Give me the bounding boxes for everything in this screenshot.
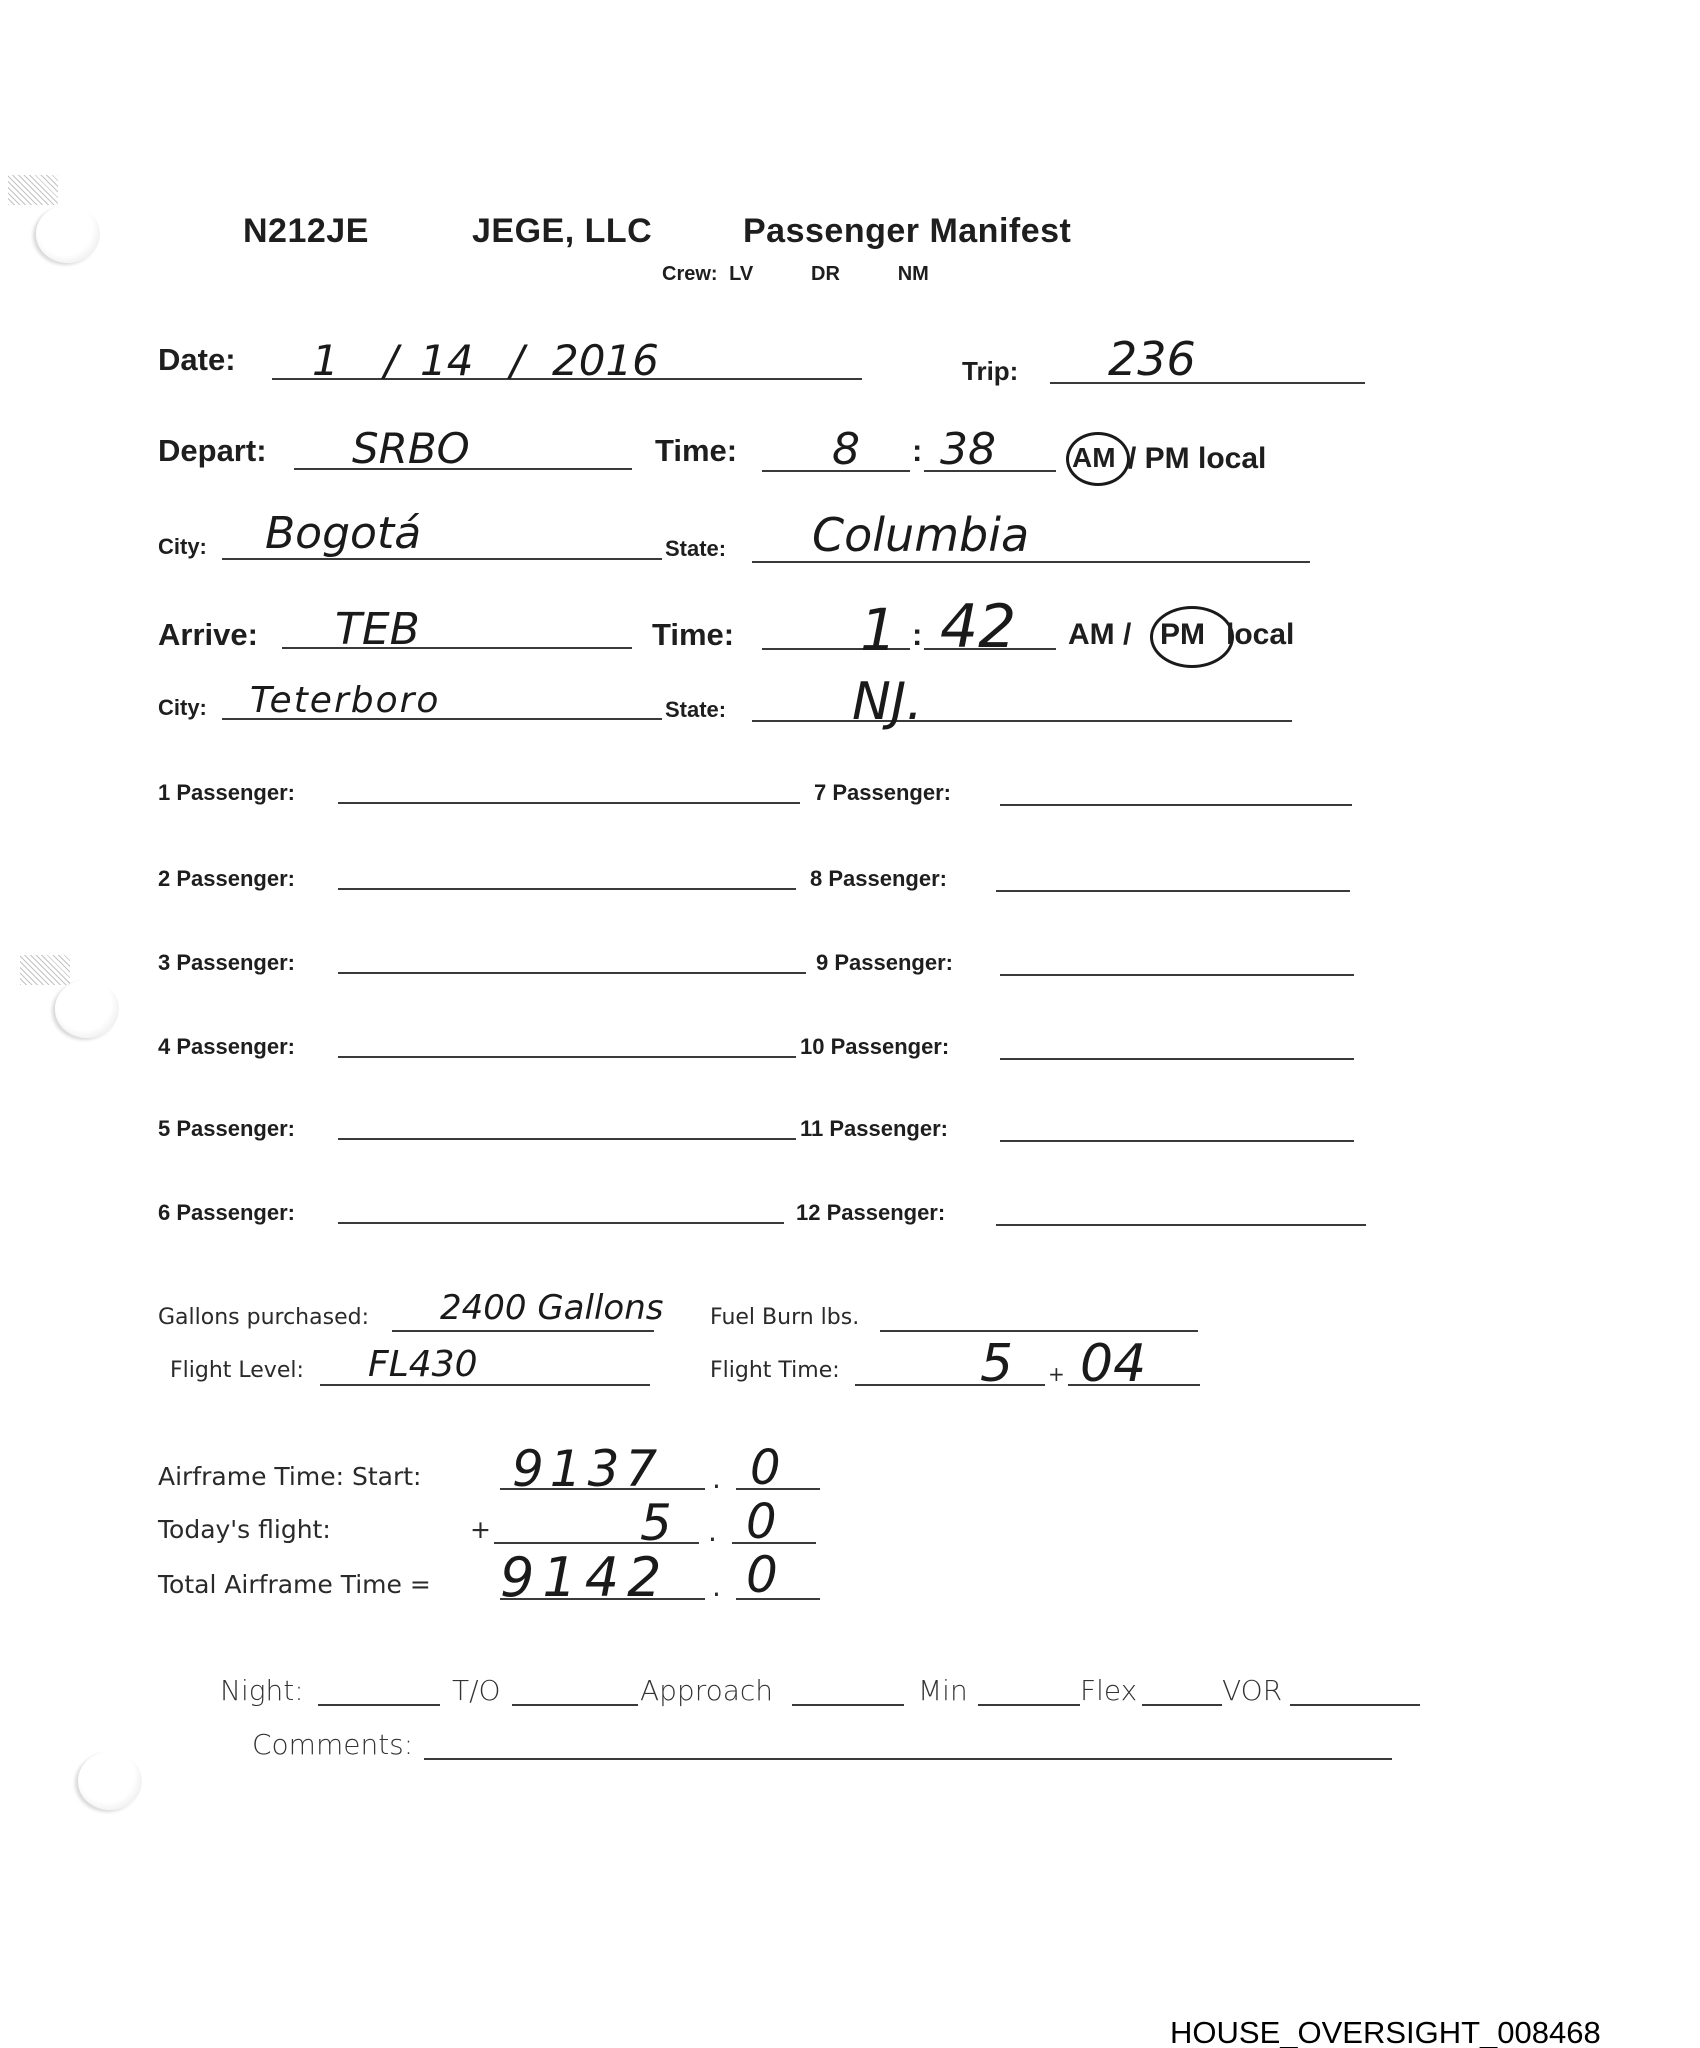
arrive-state-label: State: [665,697,726,723]
date-label: Date: [158,342,236,378]
todays-flight-label: Today's flight: [158,1515,331,1544]
time-colon: : [912,433,922,469]
hole-punch [78,1752,142,1810]
plus-sign: + [470,1515,491,1544]
depart-label: Depart: [158,433,267,469]
depart-value: SRBO [352,424,470,473]
arrive-label: Arrive: [158,617,258,653]
arrive-value: TEB [335,604,420,655]
arrive-state-line[interactable] [752,720,1292,722]
fuel-burn-field-line[interactable] [880,1330,1198,1332]
total-airframe-label: Total Airframe Time = [158,1570,431,1599]
arrive-city-label: City: [158,695,207,721]
night-field-line[interactable] [318,1704,440,1706]
passenger-label: 1 Passenger: [158,780,295,806]
passenger-label: 11 Passenger: [800,1116,948,1142]
total-airframe-whole: 9142 [500,1546,669,1609]
crew-label: Crew: [662,263,718,285]
passenger-label: 4 Passenger: [158,1034,295,1060]
fuel-burn-label: Fuel Burn lbs. [710,1305,859,1330]
vor-label: VOR [1222,1674,1282,1707]
date-month: 1 [312,336,339,385]
decimal-point: . [708,1515,717,1548]
passenger-1-field[interactable] [338,802,800,804]
depart-time-hour: 8 [832,424,860,475]
approach-label: Approach [640,1674,773,1707]
approach-field-line[interactable] [792,1704,904,1706]
min-field-line[interactable] [978,1704,1080,1706]
company-name: JEGE, LLC [472,212,652,251]
passenger-label: 8 Passenger: [810,866,947,892]
to-label: T/O [452,1674,501,1707]
passenger-label: 6 Passenger: [158,1200,295,1226]
date-slash: / [510,336,524,385]
todays-flight-decimal: 0 [746,1494,777,1550]
passenger-label: 2 Passenger: [158,866,295,892]
total-airframe-decimal: 0 [746,1546,778,1604]
arrive-ampm-local: local [1226,618,1294,652]
gallons-purchased-label: Gallons purchased: [158,1305,369,1330]
passenger-label: 12 Passenger: [796,1200,945,1226]
flex-field-line[interactable] [1142,1704,1222,1706]
airframe-start-decimal: 0 [750,1440,781,1496]
arrive-time-label: Time: [652,617,734,653]
passenger-2-field[interactable] [338,888,796,890]
passenger-label: 9 Passenger: [816,950,953,976]
tail-number: N212JE [243,212,369,251]
arrive-ampm-pm[interactable]: PM [1160,618,1205,652]
form-title: Passenger Manifest [743,212,1071,251]
arrive-state-value: NJ. [852,672,923,732]
arrive-time-hour: 1 [860,596,897,664]
airframe-start-label: Airframe Time: Start: [158,1462,421,1491]
depart-state-value: Columbia [812,508,1029,562]
depart-city-label: City: [158,534,207,560]
passenger-label: 7 Passenger: [814,780,951,806]
comments-label: Comments: [252,1728,413,1761]
flight-level-label: Flight Level: [170,1358,304,1383]
trip-value: 236 [1108,332,1196,386]
passenger-3-field[interactable] [338,972,806,974]
depart-time-label: Time: [655,433,737,469]
depart-ampm-am[interactable]: AM [1072,442,1116,474]
hole-punch-smudge [20,955,70,985]
depart-ampm-pm-local[interactable]: / PM local [1128,442,1266,476]
todays-flight-whole: 5 [640,1494,672,1552]
trip-label: Trip: [962,356,1018,387]
hole-punch [55,980,119,1038]
gallons-field-line[interactable] [392,1330,654,1332]
flight-time-hours-line[interactable] [855,1384,1045,1386]
hole-punch-smudge [8,175,58,205]
arrive-ampm-am[interactable]: AM / [1068,618,1131,652]
min-label: Min [918,1674,968,1707]
passenger-4-field[interactable] [338,1056,796,1058]
bates-number: HOUSE_OVERSIGHT_008468 [1170,2015,1601,2048]
passenger-label: 3 Passenger: [158,950,295,976]
flight-time-sep: + [1048,1362,1065,1386]
night-label: Night: [220,1674,304,1707]
decimal-point: . [712,1462,721,1495]
vor-field-line[interactable] [1290,1704,1420,1706]
passenger-12-field[interactable] [996,1224,1366,1226]
passenger-5-field[interactable] [338,1138,796,1140]
flight-time-minutes: 04 [1080,1334,1146,1394]
passenger-8-field[interactable] [996,890,1350,892]
depart-state-label: State: [665,536,726,562]
passenger-10-field[interactable] [1000,1058,1354,1060]
flight-level-value: FL430 [368,1344,477,1385]
arrive-time-min: 42 [940,592,1016,662]
date-slash: / [384,336,398,385]
trip-field-line[interactable] [1050,382,1365,384]
comments-field-line[interactable] [424,1758,1392,1760]
crew-member: DR [811,263,840,285]
passenger-label: 10 Passenger: [800,1034,949,1060]
passenger-label: 5 Passenger: [158,1116,295,1142]
flex-label: Flex [1080,1674,1137,1707]
date-day: 14 [420,336,473,385]
airframe-start-whole: 9137 [512,1440,663,1498]
crew-line: Crew: LV DR NM [662,263,929,286]
hole-punch [36,205,100,263]
flight-time-hours: 5 [980,1334,1013,1394]
time-colon: : [912,617,922,653]
to-field-line[interactable] [512,1704,638,1706]
passenger-7-field[interactable] [1000,804,1352,806]
depart-time-min: 38 [940,424,996,475]
flight-time-label: Flight Time: [710,1358,840,1383]
gallons-value: 2400 Gallons [440,1288,663,1328]
passenger-11-field[interactable] [1000,1140,1354,1142]
crew-member: LV [729,263,753,285]
crew-member: NM [898,263,929,285]
arrive-city-value: Teterboro [250,680,440,721]
depart-city-value: Bogotá [265,508,421,559]
decimal-point: . [712,1570,721,1603]
passenger-6-field[interactable] [338,1222,784,1224]
passenger-9-field[interactable] [1000,974,1354,976]
date-year: 2016 [552,336,659,385]
